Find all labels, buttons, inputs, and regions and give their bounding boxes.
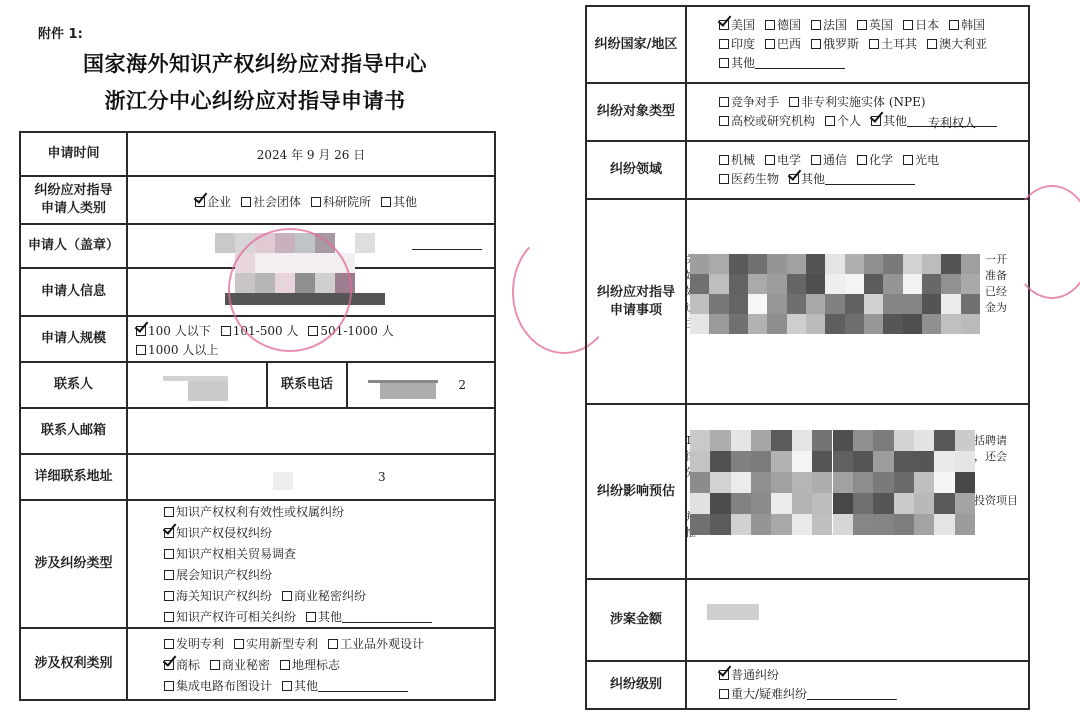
checkbox-icon[interactable] [282,591,292,601]
label-contact-email: 联系人邮箱 [20,408,127,454]
row-amount: 涉案金额 [586,579,1029,661]
checkbox-option[interactable]: 其他 [381,193,417,210]
checkbox-option[interactable]: 俄罗斯 [811,35,859,54]
row-target-type: 纠纷对象类型 竞争对手非专利实施实体 (NPE)高校或研究机构个人其他专利权人 [586,83,1029,141]
option-label: 印度 [731,37,755,51]
visible-text-fragment: 投资项目 [974,493,1018,509]
checkbox-icon[interactable] [927,39,937,49]
impact-fragments-right: 括聘请，还会投资项目 [974,433,1018,509]
document-title-line1: 国家海外知识产权纠纷应对指导中心 [0,48,510,78]
option-label: 英国 [869,18,893,32]
fill-in-blank[interactable]: 专利权人 [907,114,997,127]
option-line: 展会知识产权纠纷 [164,564,494,585]
checkbox-icon[interactable] [328,639,338,649]
option-label: 竞争对手 [731,95,779,109]
checkbox-option[interactable]: 高校或研究机构 [719,112,815,131]
checkbox-icon[interactable] [719,155,729,165]
checkbox-option[interactable]: 个人 [825,112,861,131]
contact-email-value [127,408,495,454]
checkbox-option[interactable]: 印度 [719,35,755,54]
checkbox-option[interactable]: 土耳其 [869,35,917,54]
option-label: 海关知识产权纠纷 [176,589,272,603]
option-line: 发明专利实用新型专利工业品外观设计 [164,633,494,654]
checkbox-option[interactable]: 知识产权侵权纠纷 [164,524,272,543]
option-label: 其他 [294,679,318,693]
checkbox-option[interactable]: 德国 [765,16,801,35]
checkbox-option[interactable]: 展会知识产权纠纷 [164,566,272,585]
checkbox-icon[interactable] [719,116,729,126]
option-label: 知识产权相关贸易调查 [176,547,296,561]
fill-in-blank[interactable] [825,172,915,185]
application-table-left: 申请时间 2024 年 9 月 26 日 纠纷应对指导 申请人类别 企业社会团体… [19,131,496,701]
row-address: 详细联系地址 3 [20,454,495,500]
option-label: 重大/疑难纠纷 [731,687,807,701]
checkbox-option[interactable]: 知识产权相关贸易调查 [164,545,296,564]
checkbox-option[interactable]: 商业秘密纠纷 [282,587,366,606]
row-country: 纠纷国家/地区 美国德国法国英国日本韩国印度巴西俄罗斯土耳其澳大利亚其他 [586,6,1029,83]
checked-box-icon[interactable] [164,660,174,670]
redacted-amount [707,604,759,620]
checkbox-icon[interactable] [825,116,835,126]
checkbox-icon[interactable] [164,549,174,559]
checkbox-icon[interactable] [719,58,729,68]
checkbox-option[interactable]: 化学 [857,151,893,170]
checkbox-icon[interactable] [765,20,775,30]
label-contact-phone: 联系电话 [267,362,347,408]
row-contact-email: 联系人邮箱 [20,408,495,454]
checkbox-icon[interactable] [949,20,959,30]
label-line2: 申请人类别 [21,200,126,218]
option-label: 商业秘密纠纷 [294,589,366,603]
option-label: 韩国 [961,18,985,32]
option-line: 知识产权相关贸易调查 [164,543,494,564]
row-dispute-type: 涉及纠纷类型 知识产权权利有效性或权属纠纷知识产权侵权纠纷知识产权相关贸易调查展… [20,500,495,628]
label-field: 纠纷领域 [586,141,686,199]
apply-time-value: 2024 年 9 月 26 日 [127,132,495,176]
checked-box-icon[interactable] [789,174,799,184]
checkbox-option[interactable]: 美国 [719,16,755,35]
option-line: 普通纠纷 [719,666,1028,685]
checkbox-option[interactable]: 其他 [719,54,845,73]
option-label: 化学 [869,153,893,167]
checkbox-option[interactable]: 社会团体 [241,193,301,210]
option-label: 企业 [207,195,231,209]
checkbox-icon[interactable] [164,681,174,691]
checkbox-option[interactable]: 商标 [164,656,200,675]
option-line: 知识产权侵权纠纷 [164,522,494,543]
right-type-options: 发明专利实用新型专利工业品外观设计商标商业秘密地理标志集成电路布图设计其他 [127,628,495,700]
checkbox-option[interactable]: 地理标志 [280,656,340,675]
checkbox-icon[interactable] [789,97,799,107]
label-line1: 纠纷应对指导 [21,182,126,200]
application-table-right: 纠纷国家/地区 美国德国法国英国日本韩国印度巴西俄罗斯土耳其澳大利亚其他 纠纷对… [585,5,1030,710]
checkbox-icon[interactable] [221,326,231,336]
checkbox-icon[interactable] [164,591,174,601]
label-target-type: 纠纷对象类型 [586,83,686,141]
checkbox-option[interactable]: 日本 [903,16,939,35]
label-level: 纠纷级别 [586,661,686,709]
checkbox-icon[interactable] [719,97,729,107]
option-label: 其他 [393,195,417,209]
checkbox-option[interactable]: 科研院所 [311,193,371,210]
checkbox-option[interactable]: 企业 [195,193,231,210]
option-label: 发明专利 [176,637,224,651]
checkbox-option[interactable]: 实用新型专利 [234,635,318,654]
checkbox-option[interactable]: 集成电路布图设计 [164,677,272,696]
option-label: 地理标志 [292,658,340,672]
option-label: 社会团体 [253,195,301,209]
checkbox-option[interactable]: 工业品外观设计 [328,635,424,654]
checkbox-icon[interactable] [765,39,775,49]
checkbox-option[interactable]: 医药生物 [719,170,779,189]
option-line: 知识产权许可相关纠纷其他 [164,606,494,627]
option-label: 工业品外观设计 [340,637,424,651]
option-label: 澳大利亚 [939,37,987,51]
label-line1: 纠纷应对指导 [587,284,685,302]
checkbox-icon[interactable] [719,689,729,699]
checkbox-option[interactable]: 非专利实施实体 (NPE) [789,93,926,112]
fill-in-blank[interactable] [342,610,432,623]
fill-in-blank[interactable] [807,687,897,700]
checkbox-icon[interactable] [164,612,174,622]
fill-in-blank[interactable] [755,56,845,69]
option-label: 俄罗斯 [823,37,859,51]
visible-text-fragment: 准备 [985,268,1007,284]
option-label: 知识产权权利有效性或权属纠纷 [176,505,344,519]
option-label: 100 人以下 [148,324,211,338]
option-label: 其他 [801,172,825,186]
checkbox-option[interactable]: 知识产权权利有效性或权属纠纷 [164,503,344,522]
checkbox-icon[interactable] [234,639,244,649]
option-label: 日本 [915,18,939,32]
checkbox-icon[interactable] [306,612,316,622]
visible-text-fragment: 一开 [985,252,1007,268]
attachment-label: 附件 1: [38,23,83,42]
visible-text-fragment: ，还会 [974,449,1018,465]
field-options: 机械电学通信化学光电医药生物其他 [686,141,1029,199]
label-applicant-seal: 申请人（盖章） [20,224,127,268]
checkbox-option[interactable]: 其他专利权人 [871,112,997,131]
red-seal-stamp [228,228,352,352]
option-label: 德国 [777,18,801,32]
checkbox-icon[interactable] [311,197,321,207]
option-label: 普通纠纷 [731,668,779,682]
checkbox-icon[interactable] [719,39,729,49]
checkbox-option[interactable]: 法国 [811,16,847,35]
option-line: 机械电学通信化学光电 [719,151,1028,170]
applicant-type-options: 企业社会团体科研院所其他 [127,176,495,224]
row-field: 纠纷领域 机械电学通信化学光电医药生物其他 [586,141,1029,199]
option-line: 竞争对手非专利实施实体 (NPE) [719,93,1028,112]
option-line: 其他 [719,54,1028,73]
checkbox-option[interactable]: 1000 人以上 [136,341,218,358]
option-label: 展会知识产权纠纷 [176,568,272,582]
row-level: 纠纷级别 普通纠纷重大/疑难纠纷 [586,661,1029,709]
checked-box-icon[interactable] [719,20,729,30]
option-label: 光电 [915,153,939,167]
checkbox-icon[interactable] [765,155,775,165]
option-line: 美国德国法国英国日本韩国 [719,16,1028,35]
label-applicant-info: 申请人信息 [20,268,127,316]
target-type-options: 竞争对手非专利实施实体 (NPE)高校或研究机构个人其他专利权人 [686,83,1029,141]
checkbox-option[interactable]: 光电 [903,151,939,170]
option-line: 医药生物其他 [719,170,1028,189]
checkbox-option[interactable]: 澳大利亚 [927,35,987,54]
checkbox-icon[interactable] [811,39,821,49]
checked-box-icon[interactable] [164,528,174,538]
option-label: 土耳其 [881,37,917,51]
checkbox-option[interactable]: 100 人以下 [136,322,211,339]
checkbox-option[interactable]: 通信 [811,151,847,170]
option-line: 集成电路布图设计其他 [164,675,494,696]
label-dispute-type: 涉及纠纷类型 [20,500,127,628]
option-label: 电学 [777,153,801,167]
checkbox-icon[interactable] [241,197,251,207]
option-label: 通信 [823,153,847,167]
checkbox-icon[interactable] [282,681,292,691]
checkbox-option[interactable]: 普通纠纷 [719,666,779,685]
option-label: 美国 [731,18,755,32]
country-options: 美国德国法国英国日本韩国印度巴西俄罗斯土耳其澳大利亚其他 [686,6,1029,83]
checkbox-option[interactable]: 商业秘密 [210,656,270,675]
option-line: 高校或研究机构个人其他专利权人 [719,112,1028,131]
label-right-type: 涉及权利类别 [20,628,127,700]
checkbox-icon[interactable] [280,660,290,670]
option-label: 个人 [837,114,861,128]
checkbox-icon[interactable] [164,507,174,517]
visible-text-fragment: 括聘请 [974,433,1018,449]
application-form-page-1: 附件 1: 国家海外知识产权纠纷应对指导中心 浙江分中心纠纷应对指导申请书 申请… [0,0,540,713]
row-apply-time: 申请时间 2024 年 9 月 26 日 [20,132,495,176]
checkbox-icon[interactable] [811,155,821,165]
option-label: 其他 [731,56,755,70]
option-label: 1000 人以上 [148,343,218,357]
checkbox-icon[interactable] [857,20,867,30]
label-amount: 涉案金额 [586,579,686,661]
option-label: 科研院所 [323,195,371,209]
checkbox-icon[interactable] [869,39,879,49]
option-label: 非专利实施实体 (NPE) [801,95,926,109]
option-line: 重大/疑难纠纷 [719,685,1028,704]
dispute-type-options: 知识产权权利有效性或权属纠纷知识产权侵权纠纷知识产权相关贸易调查展会知识产权纠纷… [127,500,495,628]
seal-underline [412,249,482,250]
label-impact: 纠纷影响预估 [586,404,686,579]
option-line: 海关知识产权纠纷商业秘密纠纷 [164,585,494,606]
option-label: 其他 [883,114,907,128]
row-applicant-type: 纠纷应对指导 申请人类别 企业社会团体科研院所其他 [20,176,495,224]
checkbox-option[interactable]: 机械 [719,151,755,170]
option-label: 其他 [318,610,342,624]
label-line2: 申请事项 [587,302,685,320]
label-address: 详细联系地址 [20,454,127,500]
option-label: 高校或研究机构 [731,114,815,128]
option-line: 商标商业秘密地理标志 [164,654,494,675]
label-apply-time: 申请时间 [20,132,127,176]
checked-box-icon[interactable] [871,116,881,126]
option-label: 商标 [176,658,200,672]
checkbox-option[interactable]: 英国 [857,16,893,35]
checkbox-icon[interactable] [381,197,391,207]
checkbox-option[interactable]: 其他 [789,170,915,189]
checkbox-icon[interactable] [210,660,220,670]
option-label: 集成电路布图设计 [176,679,272,693]
checked-box-icon[interactable] [719,670,729,680]
checkbox-option[interactable]: 重大/疑难纠纷 [719,685,897,704]
checkbox-icon[interactable] [903,20,913,30]
level-options: 普通纠纷重大/疑难纠纷 [686,661,1029,709]
checkbox-option[interactable]: 巴西 [765,35,801,54]
option-line: 印度巴西俄罗斯土耳其澳大利亚 [719,35,1028,54]
label-applicant-type: 纠纷应对指导 申请人类别 [20,176,127,224]
row-right-type: 涉及权利类别 发明专利实用新型专利工业品外观设计商标商业秘密地理标志集成电路布图… [20,628,495,700]
guidance-fragments-right: 一开准备已经金为 [985,252,1007,316]
checkbox-option[interactable]: 海关知识产权纠纷 [164,587,272,606]
application-form-page-2: 纠纷国家/地区 美国德国法国英国日本韩国印度巴西俄罗斯土耳其澳大利亚其他 纠纷对… [570,0,1080,713]
label-contact: 联系人 [20,362,127,408]
checkbox-icon[interactable] [857,155,867,165]
checkbox-icon[interactable] [903,155,913,165]
checkbox-icon[interactable] [136,345,146,355]
label-country: 纠纷国家/地区 [586,6,686,83]
redacted-address [273,472,293,490]
option-label: 法国 [823,18,847,32]
option-label: 机械 [731,153,755,167]
checkbox-option[interactable]: 其他 [306,608,432,627]
checkbox-option[interactable]: 其他 [282,677,408,696]
checkbox-icon[interactable] [811,20,821,30]
document-title-line2: 浙江分中心纠纷应对指导申请书 [0,85,510,115]
checkbox-option[interactable]: 竞争对手 [719,93,779,112]
checkbox-icon[interactable] [719,174,729,184]
checkbox-icon[interactable] [164,570,174,580]
amount-value [686,579,1029,661]
redacted-contact-name [163,376,228,401]
option-label: 商业秘密 [222,658,270,672]
option-line: 知识产权权利有效性或权属纠纷 [164,501,494,522]
fill-in-blank[interactable] [318,679,408,692]
redacted-guidance-matters [690,254,980,334]
visible-text-fragment: 已经 [985,284,1007,300]
checked-box-icon[interactable] [195,197,205,207]
checked-box-icon[interactable] [136,326,146,336]
visible-text-fragment: 金为 [985,300,1007,316]
label-applicant-scale: 申请人规模 [20,316,127,362]
option-label: 知识产权侵权纠纷 [176,526,272,540]
option-label: 知识产权许可相关纠纷 [176,610,296,624]
option-label: 医药生物 [731,172,779,186]
checkbox-option[interactable]: 知识产权许可相关纠纷 [164,608,296,627]
option-label: 实用新型专利 [246,637,318,651]
checkbox-option[interactable]: 发明专利 [164,635,224,654]
checkbox-option[interactable]: 韩国 [949,16,985,35]
address-value: 3 [127,454,495,500]
redacted-contact-phone [368,380,438,402]
redacted-impact [690,430,975,535]
label-guidance-matters: 纠纷应对指导 申请事项 [586,199,686,404]
checkbox-icon[interactable] [164,639,174,649]
option-label: 巴西 [777,37,801,51]
